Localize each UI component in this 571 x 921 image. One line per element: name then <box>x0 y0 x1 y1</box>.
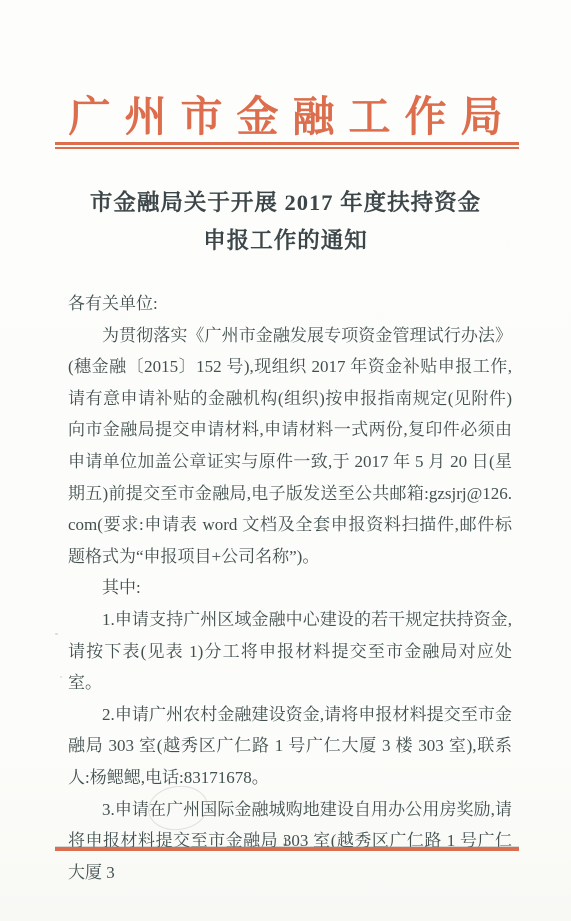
page-number: 1 <box>0 833 571 849</box>
body-paragraph-main: 为贯彻落实《广州市金融发展专项资金管理试行办法》(穗金融〔2015〕152 号)… <box>68 320 512 573</box>
document-title: 市金融局关于开展 2017 年度扶持资金 申报工作的通知 <box>0 184 571 260</box>
letterhead-org-name: 广州市金融工作局 <box>0 84 571 144</box>
scan-speck <box>55 633 58 635</box>
document-title-line2: 申报工作的通知 <box>0 222 571 260</box>
scan-speck <box>60 676 62 678</box>
letterhead-double-rule <box>55 142 519 149</box>
body-paragraph-item-2: 2.申请广州农村金融建设资金,请将申报材料提交至市金融局 303 室(越秀区广仁… <box>68 699 512 794</box>
scanned-document-page: 广州市金融工作局 市金融局关于开展 2017 年度扶持资金 申报工作的通知 各有… <box>0 0 571 921</box>
body-paragraph-item-1: 1.申请支持广州区域金融中心建设的若干规定扶持资金,请按下表(见表 1)分工将申… <box>68 604 512 699</box>
salutation-paragraph: 各有关单位: <box>68 288 512 320</box>
document-body: 各有关单位: 为贯彻落实《广州市金融发展专项资金管理试行办法》(穗金融〔2015… <box>68 288 512 888</box>
body-paragraph-qizhong: 其中: <box>68 572 512 604</box>
document-title-line1: 市金融局关于开展 2017 年度扶持资金 <box>0 184 571 222</box>
